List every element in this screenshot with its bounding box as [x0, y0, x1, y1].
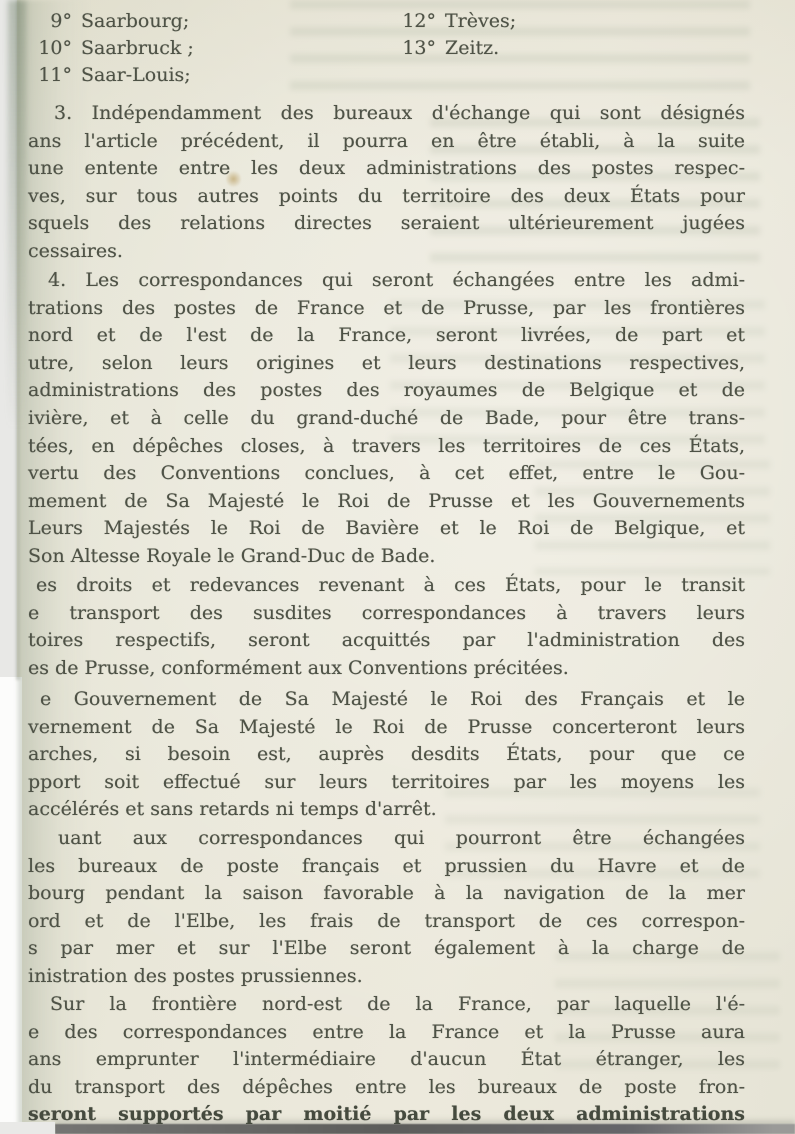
text-line: arches, si besoin est, auprès desdits Ét…: [28, 741, 745, 769]
text-line: toires respectifs, seront acquittés par …: [28, 627, 745, 655]
paragraph-frontiere-nord-est: Sur la frontière nord-est de la France, …: [28, 991, 745, 1129]
list-number: 11°: [28, 62, 72, 89]
bureau-exchange-list: 9° Saarbourg; 12° Trèves; 10° Saarbruck …: [28, 8, 668, 89]
list-row: 10° Saarbruck ; 13° Zeitz.: [28, 35, 668, 62]
text-line: e Gouvernement de Sa Majesté le Roi des …: [28, 686, 745, 714]
text-line: 4. Les correspondances qui seront échang…: [28, 267, 745, 295]
text-line: du transport des dépêches entre les bure…: [28, 1074, 745, 1102]
text-line: seront supportés par moitié par les deux…: [28, 1101, 745, 1129]
text-line: squels des relations directes seraient u…: [28, 210, 745, 238]
text-line: nord et de l'est de la France, seront li…: [28, 322, 745, 350]
list-name: Trèves;: [436, 8, 668, 35]
text-line: s par mer et sur l'Elbe seront également…: [28, 935, 745, 963]
list-row: 9° Saarbourg; 12° Trèves;: [28, 8, 668, 35]
text-line: 3. Indépendamment des bureaux d'échange …: [28, 100, 745, 128]
text-line: administrations des postes des royaumes …: [28, 377, 745, 405]
text-line: Leurs Majestés le Roi de Bavière et le R…: [28, 515, 745, 543]
text-line: utre, selon leurs origines et leurs dest…: [28, 350, 745, 378]
text-line: une entente entre les deux administratio…: [28, 155, 745, 183]
text-line: inistration des postes prussiennes.: [28, 963, 745, 991]
text-line: ans emprunter l'intermédiaire d'aucun Ét…: [28, 1046, 745, 1074]
paragraph-gouvernements: e Gouvernement de Sa Majesté le Roi des …: [28, 686, 745, 824]
text-line: es droits et redevances revenant à ces É…: [28, 572, 745, 600]
text-line: ivière, et à celle du grand-duché de Bad…: [28, 405, 745, 433]
list-name: [436, 62, 668, 89]
text-line: ves, sur tous autres points du territoir…: [28, 183, 745, 211]
text-line: les bureaux de poste français et prussie…: [28, 853, 745, 881]
list-name: Zeitz.: [436, 35, 668, 62]
paragraph-article-3: 3. Indépendamment des bureaux d'échange …: [28, 100, 745, 266]
list-number: 13°: [388, 35, 436, 62]
text-line: es de Prusse, conformément aux Conventio…: [28, 655, 745, 683]
paragraph-article-4: 4. Les correspondances qui seront échang…: [28, 267, 745, 571]
list-number: 9°: [28, 8, 72, 35]
text-line: e des correspondances entre la France et…: [28, 1019, 745, 1047]
list-name: Saarbourg;: [72, 8, 388, 35]
text-line: uant aux correspondances qui pourront êt…: [28, 825, 745, 853]
text-line: tées, en dépêches closes, à travers les …: [28, 433, 745, 461]
list-name: Saarbruck ;: [72, 35, 388, 62]
text-line: cessaires.: [28, 238, 745, 266]
text-line: ord et de l'Elbe, les frais de transport…: [28, 908, 745, 936]
text-line: trations des postes de France et de Prus…: [28, 295, 745, 323]
list-number: [388, 62, 436, 89]
text-line: e transport des susdites correspondances…: [28, 600, 745, 628]
scanned-page: 9° Saarbourg; 12° Trèves; 10° Saarbruck …: [0, 0, 795, 1134]
text-line: bourg pendant la saison favorable à la n…: [28, 880, 745, 908]
text-line: vernement de Sa Majesté le Roi de Prusse…: [28, 714, 745, 742]
text-line: pport soit effectué sur leurs territoire…: [28, 769, 745, 797]
list-row: 11° Saar-Louis;: [28, 62, 668, 89]
paragraph-droits: es droits et redevances revenant à ces É…: [28, 572, 745, 682]
paragraph-havre-elbe: uant aux correspondances qui pourront êt…: [28, 825, 745, 991]
text-line: Sur la frontière nord-est de la France, …: [28, 991, 745, 1019]
text-line: accélérés et sans retards ni temps d'arr…: [28, 796, 745, 824]
text-line: ans l'article précédent, il pourra en êt…: [28, 128, 745, 156]
page-text: 9° Saarbourg; 12° Trèves; 10° Saarbruck …: [0, 0, 795, 1134]
text-line: mement de Sa Majesté le Roi de Prusse et…: [28, 488, 745, 516]
list-name: Saar-Louis;: [72, 62, 388, 89]
text-line: vertu des Conventions conclues, à cet ef…: [28, 460, 745, 488]
list-number: 12°: [388, 8, 436, 35]
list-number: 10°: [28, 35, 72, 62]
text-line: Son Altesse Royale le Grand-Duc de Bade.: [28, 543, 745, 571]
